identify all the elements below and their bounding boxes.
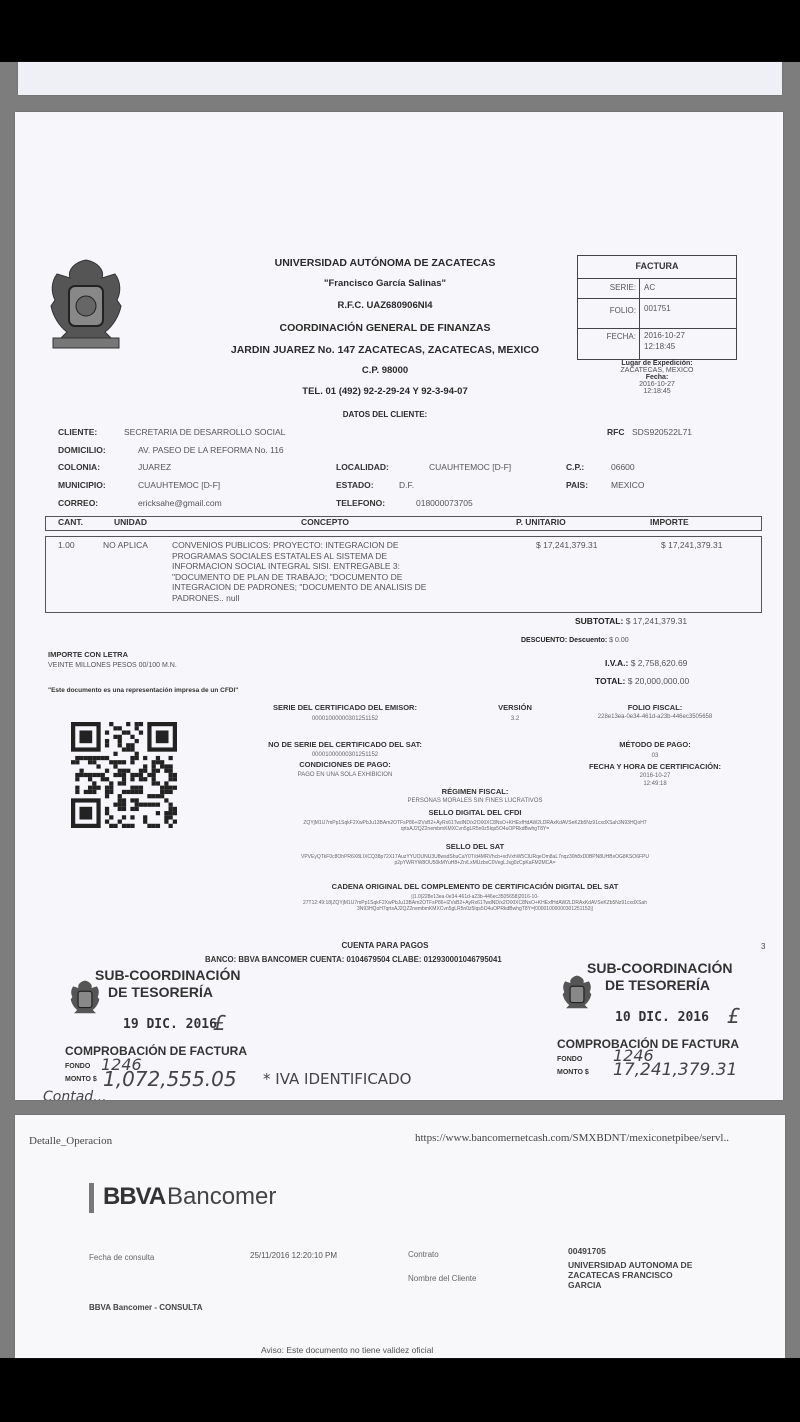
issuer-department: COORDINACIÓN GENERAL DE FINANZAS (185, 322, 585, 334)
serie-sat-value: 00001000000301251152 (235, 752, 455, 758)
subtotal-row: SUBTOTAL: $ 17,241,379.31 (575, 616, 687, 626)
stamp-2-monto: 17,241,379.31 (613, 1060, 737, 1080)
cliente-label: CLIENTE: (58, 427, 97, 437)
col-importe: IMPORTE (650, 517, 689, 527)
qr-code-icon (71, 722, 177, 828)
issuer-rfc: R.F.C. UAZ680906NI4 (185, 300, 585, 311)
cadena-label: CADENA ORIGINAL DEL COMPLEMENTO DE CERTI… (185, 882, 765, 891)
expedition-place: ZACATECAS, MEXICO (595, 367, 719, 374)
cadena-value: ||1.0|228e13ea-0e34-461d-a23b-446ec35056… (180, 894, 770, 912)
treasury-stamp-1: SUB-COORDINACIÓN DE TESORERÍA 19 DIC. 20… (63, 967, 533, 1100)
col-unidad: UNIDAD (114, 517, 147, 527)
fecha-label: FECHA: (578, 332, 636, 341)
payment-account-title: CUENTA PARA PAGOS (275, 941, 495, 950)
bank-statement-page: Detalle_Operacion https://www.bancomerne… (15, 1115, 785, 1358)
pais-label: PAIS: (566, 480, 588, 490)
previous-page-fragment (18, 62, 782, 95)
client-section-title: DATOS DEL CLIENTE: (185, 410, 585, 419)
serie-sat-label: NO DE SERIE DEL CERTIFICADO DEL SAT: (235, 740, 455, 749)
correo-label: CORREO: (58, 498, 98, 508)
factura-title: FACTURA (578, 261, 736, 271)
colonia-label: COLONIA: (58, 462, 100, 472)
metodo-pago-value: 03 (555, 753, 755, 759)
client-rfc-value: SDS920522L71 (632, 427, 692, 437)
expedition-label: Lugar de Expedición: (595, 360, 719, 367)
sello-cfdi-label: SELLO DIGITAL DEL CFDI (195, 808, 755, 817)
issuer-phone: TEL. 01 (492) 92-2-29-24 Y 92-3-94-07 (185, 386, 585, 397)
stamp-crest-icon (557, 974, 597, 1014)
serie-label: SERIE: (578, 283, 636, 292)
serie-value: AC (644, 283, 655, 293)
folio-value: 001751 (644, 304, 671, 314)
serie-emisor-label: SERIE DEL CERTIFICADO DEL EMISOR: (255, 703, 435, 712)
invoice-page: UNIVERSIDAD AUTÓNOMA DE ZACATECAS "Franc… (15, 112, 783, 1100)
amount-words-value: VEINTE MILLONES PESOS 00/100 M.N. (48, 662, 177, 669)
municipio-value: CUAUHTEMOC [D-F] (138, 480, 220, 490)
issuer-postal-code: C.P. 98000 (185, 365, 585, 376)
expedition-info: Lugar de Expedición: ZACATECAS, MEXICO F… (595, 360, 719, 395)
factura-box: FACTURA SERIE: AC FOLIO: 001751 FECHA: 2… (577, 255, 737, 360)
amount-words-label: IMPORTE CON LETRA (48, 650, 128, 659)
telefono-value: 018000073705 (416, 498, 473, 508)
folio-fiscal-label: FOLIO FISCAL: (570, 703, 740, 712)
folio-label: FOLIO: (578, 306, 636, 315)
col-cant: CANT. (58, 517, 83, 527)
expedition-date: 2016-10-27 (595, 381, 719, 388)
expedition-time: 12:18:45 (595, 388, 719, 395)
client-rfc-label: RFC (607, 427, 624, 437)
estado-value: D.F. (399, 480, 414, 490)
item-unidad: NO APLICA (103, 540, 148, 550)
bank-header-left: Detalle_Operacion (29, 1135, 112, 1147)
metodo-pago-label: MÉTODO DE PAGO: (555, 740, 755, 749)
col-p-unitario: P. UNITARIO (516, 517, 566, 527)
consulta-label: BBVA Bancomer - CONSULTA (89, 1303, 203, 1312)
condiciones-value: PAGO EN UNA SOLA EXHIBICION (235, 772, 455, 778)
sello-sat-label: SELLO DEL SAT (195, 842, 755, 851)
regimen-label: RÉGIMEN FISCAL: (195, 787, 755, 796)
issuer-address: JARDIN JUAREZ No. 147 ZACATECAS, ZACATEC… (165, 344, 605, 356)
cliente-value: SECRETARIA DE DESARROLLO SOCIAL (124, 427, 285, 437)
aviso-note: Aviso: Este documento no tiene validez o… (261, 1345, 433, 1355)
payment-account-line: BANCO: BBVA BANCOMER CUENTA: 0104679504 … (205, 955, 502, 964)
total-row: TOTAL: $ 20,000,000.00 (595, 676, 689, 686)
margin-mark: 3 (761, 942, 765, 951)
table-row: 1.00 NO APLICA CONVENIOS PUBLICOS: PROYE… (45, 536, 762, 613)
municipio-label: MUNICIPIO: (58, 480, 106, 490)
nombre-cliente-label: Nombre del Cliente (408, 1274, 476, 1283)
estado-label: ESTADO: (336, 480, 374, 490)
localidad-label: LOCALIDAD: (336, 462, 389, 472)
stamp-1-annotation: * IVA IDENTIFICADO (263, 1070, 411, 1088)
folio-fiscal-value: 228e13ea-0e34-461d-a23b-446ec3505658 (570, 714, 740, 720)
stamp-1-monto: 1,072,555.05 (103, 1067, 237, 1091)
issuer-subtitle: "Francisco García Salinas" (185, 278, 585, 289)
fecha-cert-label: FECHA Y HORA DE CERTIFICACIÓN: (545, 762, 765, 771)
localidad-value: CUAUHTEMOC [D-F] (429, 462, 511, 472)
pais-value: MEXICO (611, 480, 645, 490)
fecha-cert-date: 2016-10-27 (545, 773, 765, 779)
telefono-label: TELEFONO: (336, 498, 385, 508)
cp-label: C.P.: (566, 462, 584, 472)
colonia-value: JUAREZ (138, 462, 171, 472)
sello-cfdi-value: ZQYjM1U7mPp1SqkF2XwPbJu13BAm2OTFsP86+l2V… (180, 820, 770, 832)
fecha-date: 2016-10-27 (644, 331, 685, 341)
correo-value: ericksahe@gmail.com (138, 498, 222, 508)
cfdi-note: "Este documento es una representación im… (48, 687, 238, 694)
university-crest-icon (45, 256, 127, 354)
version-value: 3.2 (485, 716, 545, 722)
fecha-consulta-label: Fecha de consulta (89, 1253, 154, 1262)
contrato-label: Contrato (408, 1250, 439, 1259)
nombre-cliente-value: UNIVERSIDAD AUTONOMA DE ZACATECAS FRANCI… (568, 1260, 692, 1290)
stamp-crest-icon (65, 979, 105, 1019)
descuento-row: DESCUENTO: Descuento: $ 0.00 (521, 637, 629, 644)
item-p-unitario: $ 17,241,379.31 (536, 540, 597, 550)
items-table-header: CANT. UNIDAD CONCEPTO P. UNITARIO IMPORT… (45, 516, 762, 531)
version-label: VERSIÓN (485, 703, 545, 712)
iva-row: I.V.A.: $ 2,758,620.69 (605, 658, 687, 668)
stamp-1-date: 19 DIC. 2016 (123, 1017, 217, 1032)
treasury-stamp-2: SUB-COORDINACIÓN DE TESORERÍA 10 DIC. 20… (557, 960, 783, 1095)
issuer-name: UNIVERSIDAD AUTÓNOMA DE ZACATECAS (185, 257, 585, 269)
sello-sat-value: VPVEyQTkF0c8OhPR6X8LIXCQ38p72X17AuzYYUOU… (180, 854, 770, 866)
item-cant: 1.00 (58, 540, 75, 550)
domicilio-label: DOMICILIO: (58, 445, 106, 455)
regimen-value: PERSONAS MORALES SIN FINES LUCRATIVOS (195, 798, 755, 804)
expedition-fecha-label: Fecha: (595, 374, 719, 381)
condiciones-label: CONDICIONES DE PAGO: (235, 760, 455, 769)
item-importe: $ 17,241,379.31 (661, 540, 722, 550)
stamp-2-date: 10 DIC. 2016 (615, 1010, 709, 1025)
fecha-consulta-value: 25/11/2016 12:20:10 PM (250, 1251, 337, 1260)
item-concepto: CONVENIOS PUBLICOS: PROYECTO: INTEGRACIO… (172, 540, 426, 603)
contrato-value: 00491705 (568, 1246, 606, 1256)
col-concepto: CONCEPTO (301, 517, 349, 527)
logo-bar-icon (89, 1183, 94, 1213)
serie-emisor-value: 00001000000301251152 (255, 716, 435, 722)
bank-header-url: https://www.bancomernetcash.com/SMXBDNT/… (415, 1132, 729, 1144)
cp-value: 06600 (611, 462, 635, 472)
fecha-time: 12:18:45 (644, 342, 675, 352)
domicilio-value: AV. PASEO DE LA REFORMA No. 116 (138, 445, 284, 455)
